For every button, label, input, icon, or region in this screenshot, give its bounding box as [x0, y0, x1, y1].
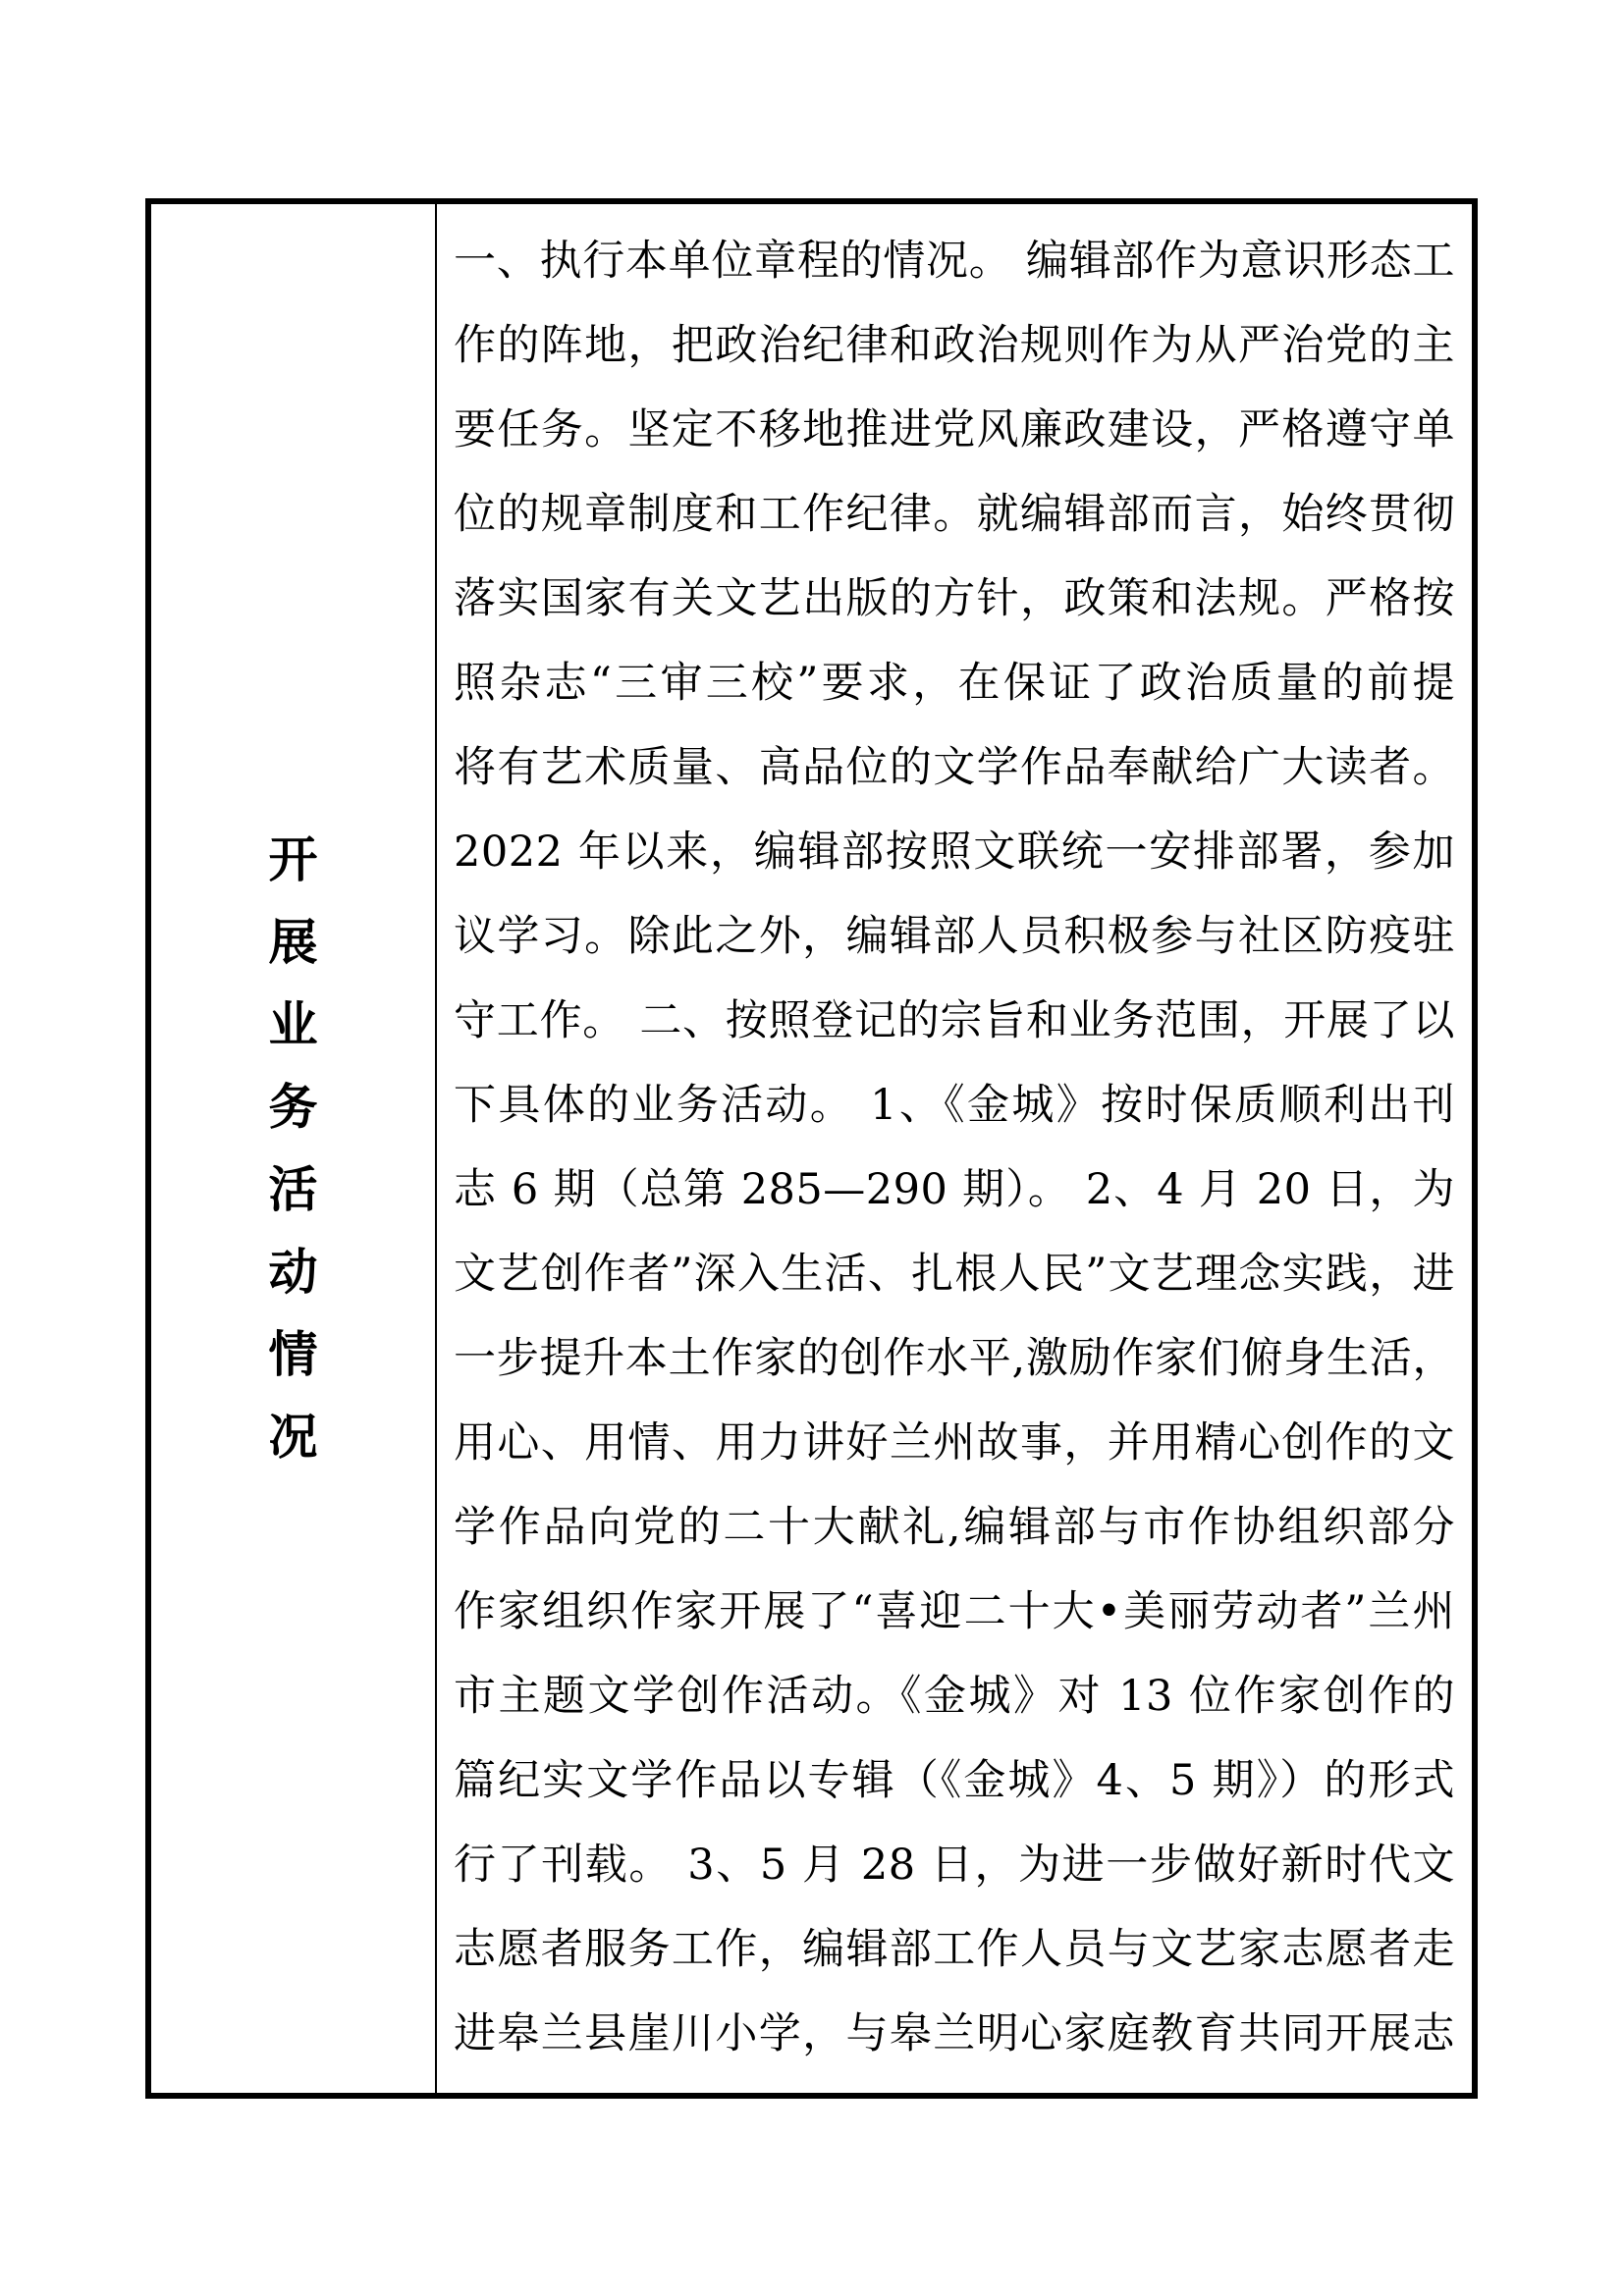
row-label-char: 开: [269, 819, 318, 901]
row-label-char: 业: [269, 984, 318, 1066]
row-label-char: 况: [269, 1396, 318, 1478]
text-line: 文艺创作者”深入生活、扎根人民”文艺理念实践，进: [454, 1232, 1455, 1316]
document-page: 开展业务活动情况 一、执行本单位章程的情况。 编辑部作为意识形态工作的阵地，把政…: [0, 0, 1624, 2296]
text-line: 志 6 期（总第 285—290 期）。 2、4 月 20 日，为倡导: [454, 1148, 1455, 1232]
text-line: 落实国家有关文艺出版的方针，政策和法规。严格按: [454, 557, 1455, 641]
row-label-char: 展: [269, 901, 318, 984]
text-line: 照杂志“三审三校”要求，在保证了政治质量的前提下，: [454, 641, 1455, 725]
activities-paragraph: 一、执行本单位章程的情况。 编辑部作为意识形态工作的阵地，把政治纪律和政治规则作…: [454, 219, 1455, 2076]
text-line: 学作品向党的二十大献礼,编辑部与市作协组织部分: [454, 1485, 1455, 1570]
text-line: 篇纪实文学作品以专辑（《金城》4、5 期》）的形式进: [454, 1738, 1455, 1823]
activities-content-cell: 一、执行本单位章程的情况。 编辑部作为意识形态工作的阵地，把政治纪律和政治规则作…: [437, 204, 1472, 2093]
text-line: 议学习。除此之外，编辑部人员积极参与社区防疫驻: [454, 894, 1455, 979]
row-label-char: 务: [269, 1066, 318, 1148]
text-line: 志愿者服务工作，编辑部工作人员与文艺家志愿者走: [454, 1907, 1455, 1992]
text-line: 作家组织作家开展了“喜迎二十大•美丽劳动者”兰州: [454, 1570, 1455, 1654]
text-line: 市主题文学创作活动。《金城》对 13 位作家创作的 13: [454, 1654, 1455, 1738]
row-label-char: 动: [269, 1231, 318, 1313]
text-line: 用心、用情、用力讲好兰州故事，并用精心创作的文: [454, 1401, 1455, 1485]
text-line: 2022 年以来，编辑部按照文联统一安排部署，参加会: [454, 810, 1455, 894]
text-line: 进皋兰县崖川小学，与皋兰明心家庭教育共同开展志: [454, 1992, 1455, 2076]
text-line: 将有艺术质量、高品位的文学作品奉献给广大读者。: [454, 725, 1455, 810]
text-line: 守工作。 二、按照登记的宗旨和业务范围，开展了以: [454, 979, 1455, 1063]
text-line: 作的阵地，把政治纪律和政治规则作为从严治党的主: [454, 303, 1455, 388]
row-label-char: 情: [269, 1313, 318, 1396]
row-label-cell: 开展业务活动情况: [151, 204, 437, 2093]
text-line: 下具体的业务活动。 1、《金城》按时保质顺利出刊杂: [454, 1063, 1455, 1148]
text-line: 一步提升本土作家的创作水平,激励作家们俯身生活，: [454, 1316, 1455, 1401]
vertical-row-label: 开展业务活动情况: [269, 819, 318, 1478]
text-line: 一、执行本单位章程的情况。 编辑部作为意识形态工: [454, 219, 1455, 303]
text-line: 要任务。坚定不移地推进党风廉政建设，严格遵守单: [454, 388, 1455, 472]
business-activities-table: 开展业务活动情况 一、执行本单位章程的情况。 编辑部作为意识形态工作的阵地，把政…: [145, 198, 1478, 2099]
text-line: 位的规章制度和工作纪律。就编辑部而言，始终贯彻: [454, 472, 1455, 557]
row-label-char: 活: [269, 1148, 318, 1231]
text-line: 行了刊载。 3、5 月 28 日，为进一步做好新时代文艺: [454, 1823, 1455, 1907]
